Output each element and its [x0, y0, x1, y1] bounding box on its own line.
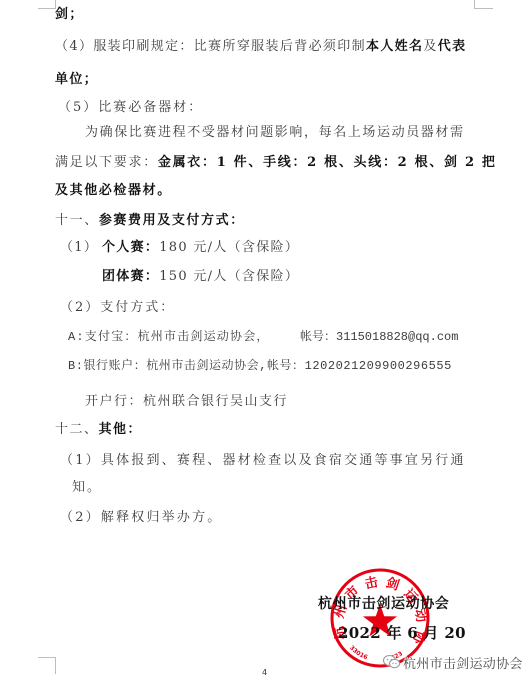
signature-date: 2022 年 6 月 20 — [338, 625, 466, 641]
text-segment: 十二、 — [55, 422, 99, 437]
text-segment-bold: 及其他必检器材。 — [55, 183, 172, 198]
line-other-item-2: （2）解释权归举办方。 — [60, 510, 222, 526]
text-segment-bold: 单位； — [55, 72, 98, 87]
text-segment: 开户行：杭州联合银行吴山支行 — [85, 394, 288, 409]
line-alipay-account: 帐号：3115018828@qq.com — [300, 329, 458, 345]
text-segment: 满足以下要求： — [55, 155, 158, 170]
line-payment-heading: （2）支付方式： — [60, 300, 175, 316]
text-segment-bold: 团体赛： — [102, 269, 159, 284]
line-other-item-1-cont: 知。 — [72, 480, 102, 496]
alipay-account-number: 帐号：3115018828@qq.com — [300, 330, 458, 344]
line-clothing-rule: （4）服装印刷规定：比赛所穿服装后背必须印制本人姓名及代表 — [55, 39, 466, 55]
line-equipment-heading: （5）比赛必备器材： — [58, 100, 203, 116]
line-other-item-1: （1）具体报到、赛程、器材检查以及食宿交通等事宜另行通 — [60, 453, 466, 469]
page-number: 4 — [262, 668, 267, 677]
text-segment-bold: 个人赛： — [102, 240, 159, 255]
text-segment: A:支付宝：杭州市击剑运动协会， — [68, 330, 270, 344]
line-equipment-intro: 为确保比赛进程不受器材问题影响，每名上场运动员器材需 — [85, 125, 465, 141]
text-segment: （5）比赛必备器材： — [58, 100, 203, 115]
line-team-fee: 团体赛：150 元/人（含保险） — [102, 269, 299, 285]
text-segment: （1） — [60, 240, 102, 256]
text-segment: （4）服装印刷规定：比赛所穿服装后背必须印制 — [55, 39, 366, 54]
section-heading-fees: 十一、参赛费用及支付方式： — [55, 213, 245, 229]
text-segment-bold: 代表 — [438, 39, 467, 54]
text-segment: 180 元/人（含保险） — [159, 240, 299, 255]
text-segment: 及 — [423, 39, 437, 54]
text-segment-bold: 参赛费用及支付方式： — [99, 213, 245, 228]
wechat-icon — [382, 654, 402, 670]
corner-mark-bottom-left — [38, 657, 56, 674]
line-equipment-requirements: 满足以下要求：金属衣：1 件、手线：2 根、头线：2 根、剑 2 把 — [55, 155, 497, 171]
line-unit: 单位； — [55, 72, 98, 88]
text-segment: （2）支付方式： — [60, 300, 175, 315]
text-segment-bold: 本人姓名 — [366, 39, 423, 54]
line-sword-item: 剑； — [55, 7, 84, 23]
line-bank-branch: 开户行：杭州联合银行吴山支行 — [85, 394, 288, 410]
line-bank-account: B:银行账户：杭州市击剑运动协会,帐号：1202021209900296555 — [68, 358, 452, 374]
line-individual-fee: （1）个人赛：180 元/人（含保险） — [60, 240, 299, 256]
line-alipay: A:支付宝：杭州市击剑运动协会， — [68, 329, 270, 345]
text-segment: 知。 — [72, 480, 102, 495]
line-other-equipment: 及其他必检器材。 — [55, 183, 172, 199]
corner-mark-top-right — [474, 0, 493, 9]
svg-text:33016: 33016 — [348, 644, 369, 661]
signature-organization: 杭州市击剑运动协会 — [318, 596, 449, 612]
section-heading-other: 十二、其他： — [55, 422, 142, 438]
seal-code-left: 33016 — [348, 644, 369, 661]
text-segment-bold: 金属衣：1 件、手线：2 根、头线：2 根、剑 2 把 — [158, 155, 497, 170]
text-segment: 为确保比赛进程不受器材问题影响，每名上场运动员器材需 — [85, 125, 465, 140]
text-segment: 十一、 — [55, 213, 99, 228]
document-page: 剑； （4）服装印刷规定：比赛所穿服装后背必须印制本人姓名及代表 单位； （5）… — [0, 0, 532, 688]
text-segment: （2）解释权归举办方。 — [60, 510, 222, 525]
text-segment: 150 元/人（含保险） — [159, 269, 299, 284]
watermark: 杭州市击剑运动协会 — [382, 652, 523, 672]
watermark-text: 杭州市击剑运动协会 — [403, 653, 523, 672]
text-segment: 剑； — [55, 7, 84, 22]
corner-mark-top-left — [38, 0, 56, 9]
bank-account-number: B:银行账户：杭州市击剑运动协会,帐号：1202021209900296555 — [68, 359, 452, 373]
text-segment-bold: 其他： — [99, 422, 143, 437]
text-segment: （1）具体报到、赛程、器材检查以及食宿交通等事宜另行通 — [60, 453, 466, 468]
